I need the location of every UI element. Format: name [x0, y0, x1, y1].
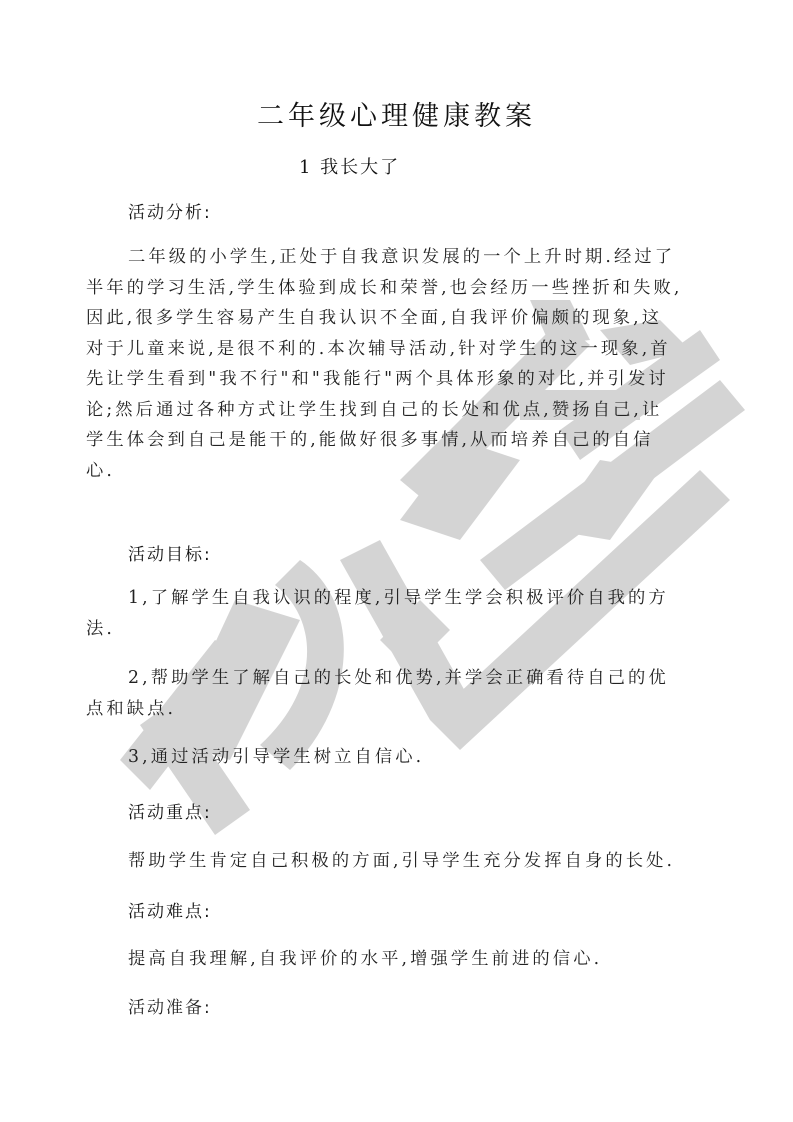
analysis-line: 对于儿童来说,是很不利的.本次辅导活动,针对学生的这一现象,首 [86, 334, 706, 365]
analysis-paragraph: 二年级的小学生,正处于自我意识发展的一个上升时期.经过了 半年的学习生活,学生体… [86, 242, 706, 486]
section-heading-preparation: 活动准备: [128, 993, 212, 1018]
analysis-line: 学生体会到自己是能干的,能做好很多事情,从而培养自己的自信 [86, 425, 706, 456]
analysis-line: 心. [86, 456, 706, 487]
document-page: 二年级心理健康教案 1 我长大了 活动分析: 二年级的小学生,正处于自我意识发展… [0, 0, 793, 1122]
analysis-line: 二年级的小学生,正处于自我意识发展的一个上升时期.经过了 [86, 242, 706, 273]
difficulty-text: 提高自我理解,自我评价的水平,增强学生前进的信心. [128, 944, 602, 969]
analysis-line: 半年的学习生活,学生体验到成长和荣誉,也会经历一些挫折和失败, [86, 273, 706, 304]
section-heading-key-point: 活动重点: [128, 798, 212, 823]
analysis-line: 先让学生看到"我不行"和"我能行"两个具体形象的对比,并引发讨 [86, 364, 706, 395]
lesson-title: 1 我长大了 [299, 153, 400, 179]
analysis-line: 因此,很多学生容易产生自我认识不全面,自我评价偏颇的现象,这 [86, 303, 706, 334]
goal-item-3: 3,通过活动引导学生树立自信心. [86, 742, 706, 773]
document-title: 二年级心理健康教案 [0, 94, 793, 133]
section-heading-goals: 活动目标: [128, 540, 212, 565]
goal-item-1: 1,了解学生自我认识的程度,引导学生学会积极评价自我的方 法. [86, 583, 706, 644]
goal-item-2: 2,帮助学生了解自己的长处和优势,并学会正确看待自己的优 点和缺点. [86, 663, 706, 724]
section-heading-difficulty: 活动难点: [128, 897, 212, 922]
section-heading-analysis: 活动分析: [128, 198, 212, 223]
key-point-text: 帮助学生肯定自己积极的方面,引导学生充分发挥自身的长处. [128, 846, 675, 871]
analysis-line: 论;然后通过各种方式让学生找到自己的长处和优点,赞扬自己,让 [86, 395, 706, 426]
